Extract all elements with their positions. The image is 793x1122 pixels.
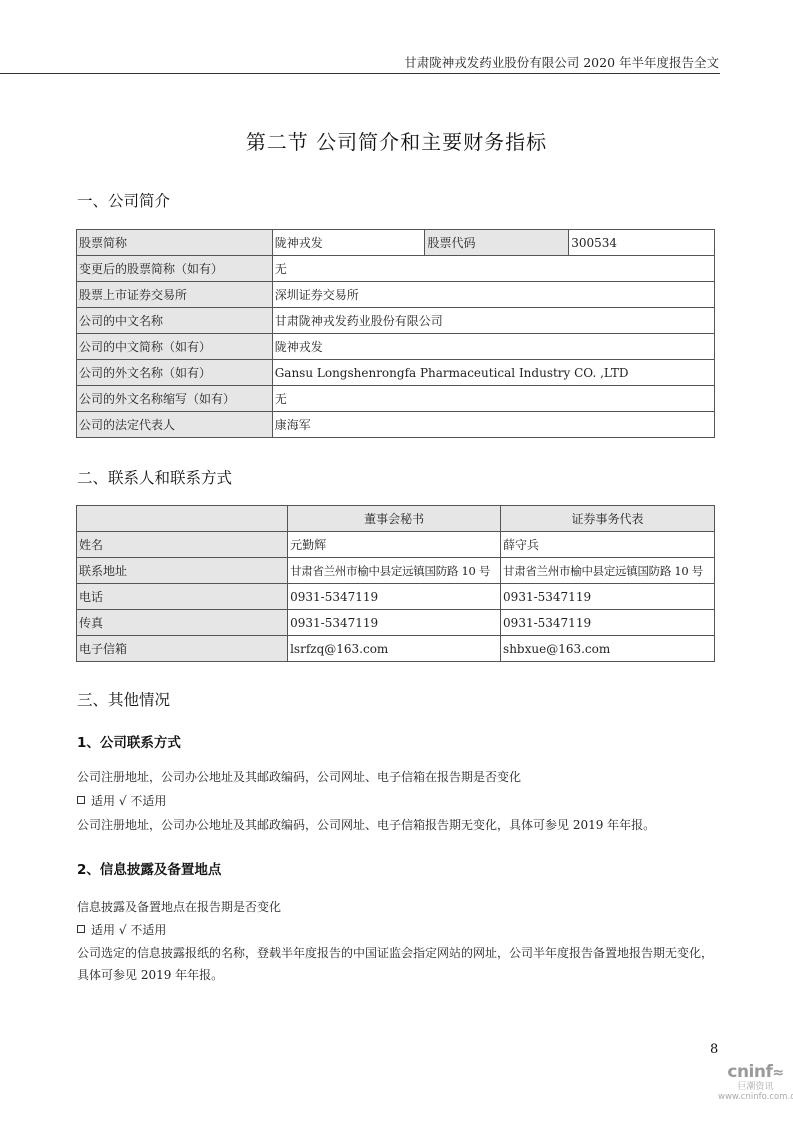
checkbox-icon xyxy=(77,925,85,933)
column-header: 证券事务代表 xyxy=(501,506,715,532)
sub1-options: 适用 √ 不适用 xyxy=(77,790,717,812)
cell-value: 甘肃陇神戎发药业股份有限公司 xyxy=(272,308,714,334)
option-not-applicable: 不适用 xyxy=(130,923,166,937)
cell-label: 联系地址 xyxy=(77,558,288,584)
sub2-options: 适用 √ 不适用 xyxy=(77,919,717,941)
cell-value: 0931-5347119 xyxy=(501,584,715,610)
table-row: 公司的外文名称缩写（如有） 无 xyxy=(77,386,715,412)
sub2-question: 信息披露及备置地点在报告期是否变化 xyxy=(77,896,717,918)
running-header: 甘肃陇神戎发药业股份有限公司 2020 年半年度报告全文 xyxy=(404,53,719,71)
cell-label: 公司的中文简称（如有） xyxy=(77,334,273,360)
cell-value: 300534 xyxy=(569,230,715,256)
option-not-applicable: 不适用 xyxy=(130,794,166,808)
sub2-heading: 2、信息披露及备置地点 xyxy=(77,858,221,878)
cell-label: 股票简称 xyxy=(77,230,273,256)
cell-value: 无 xyxy=(272,256,714,282)
cell-value: 0931-5347119 xyxy=(288,610,501,636)
option-applicable: 适用 xyxy=(91,794,115,808)
page-title: 第二节 公司简介和主要财务指标 xyxy=(0,126,793,155)
sub1-answer: 公司注册地址，公司办公地址及其邮政编码，公司网址、电子信箱报告期无变化，具体可参… xyxy=(77,814,717,836)
table-row: 联系地址 甘肃省兰州市榆中县定远镇国防路 10 号 甘肃省兰州市榆中县定远镇国防… xyxy=(77,558,715,584)
cell-label: 公司的中文名称 xyxy=(77,308,273,334)
check-mark-icon: √ xyxy=(119,794,127,808)
cell-value: 无 xyxy=(272,386,714,412)
section1-heading: 一、公司简介 xyxy=(77,189,170,211)
cell-value: lsrfzq@163.com xyxy=(288,636,501,662)
cninfo-logo: cninf≈ 巨潮资讯 www.cninfo.com.cn xyxy=(718,1062,793,1102)
cell-value: 0931-5347119 xyxy=(288,584,501,610)
logo-brand: cninf≈ xyxy=(718,1062,793,1082)
column-header: 董事会秘书 xyxy=(288,506,501,532)
check-mark-icon: √ xyxy=(119,923,127,937)
option-applicable: 适用 xyxy=(91,923,115,937)
cell-label: 公司的外文名称（如有） xyxy=(77,360,273,386)
cell-value: 元勤辉 xyxy=(288,532,501,558)
table-row: 电话 0931-5347119 0931-5347119 xyxy=(77,584,715,610)
cell-label: 电子信箱 xyxy=(77,636,288,662)
table-row: 公司的外文名称（如有） Gansu Longshenrongfa Pharmac… xyxy=(77,360,715,386)
header-rule xyxy=(0,73,720,74)
cell-label: 股票代码 xyxy=(425,230,569,256)
sub1-question: 公司注册地址，公司办公地址及其邮政编码，公司网址、电子信箱在报告期是否变化 xyxy=(77,766,717,788)
cell-value: 甘肃省兰州市榆中县定远镇国防路 10 号 xyxy=(288,558,501,584)
table-row: 公司的中文简称（如有） 陇神戎发 xyxy=(77,334,715,360)
sub2-answer: 公司选定的信息披露报纸的名称，登载半年度报告的中国证监会指定网站的网址，公司半年… xyxy=(77,942,717,986)
table-header-row: 董事会秘书 证券事务代表 xyxy=(77,506,715,532)
table-row: 股票简称 陇神戎发 股票代码 300534 xyxy=(77,230,715,256)
cell-label: 传真 xyxy=(77,610,288,636)
table-row: 股票上市证券交易所 深圳证券交易所 xyxy=(77,282,715,308)
cell-value: 陇神戎发 xyxy=(272,334,714,360)
contacts-table: 董事会秘书 证券事务代表 姓名 元勤辉 薛守兵 联系地址 甘肃省兰州市榆中县定远… xyxy=(76,505,715,662)
cell-label: 姓名 xyxy=(77,532,288,558)
cell-label: 公司的法定代表人 xyxy=(77,412,273,438)
cell-label: 电话 xyxy=(77,584,288,610)
table-row: 姓名 元勤辉 薛守兵 xyxy=(77,532,715,558)
cell-value: 甘肃省兰州市榆中县定远镇国防路 10 号 xyxy=(501,558,715,584)
cell-value: 康海军 xyxy=(272,412,714,438)
cell-label: 股票上市证券交易所 xyxy=(77,282,273,308)
cell-value: Gansu Longshenrongfa Pharmaceutical Indu… xyxy=(272,360,714,386)
logo-cn: 巨潮资讯 xyxy=(718,1082,793,1092)
cell-value: 薛守兵 xyxy=(501,532,715,558)
section2-heading: 二、联系人和联系方式 xyxy=(77,466,232,488)
table-row: 变更后的股票简称（如有） 无 xyxy=(77,256,715,282)
column-header xyxy=(77,506,288,532)
logo-url: www.cninfo.com.cn xyxy=(718,1092,793,1102)
company-profile-table: 股票简称 陇神戎发 股票代码 300534 变更后的股票简称（如有） 无 股票上… xyxy=(76,229,715,438)
table-row: 电子信箱 lsrfzq@163.com shbxue@163.com xyxy=(77,636,715,662)
logo-swirl-icon: ≈ xyxy=(772,1065,783,1081)
table-row: 公司的中文名称 甘肃陇神戎发药业股份有限公司 xyxy=(77,308,715,334)
page-number: 8 xyxy=(710,1042,718,1057)
cell-value: 陇神戎发 xyxy=(272,230,425,256)
section3-heading: 三、其他情况 xyxy=(77,688,170,710)
sub1-heading: 1、公司联系方式 xyxy=(77,731,181,751)
checkbox-icon xyxy=(77,796,85,804)
table-row: 传真 0931-5347119 0931-5347119 xyxy=(77,610,715,636)
cell-label: 公司的外文名称缩写（如有） xyxy=(77,386,273,412)
cell-label: 变更后的股票简称（如有） xyxy=(77,256,273,282)
table-row: 公司的法定代表人 康海军 xyxy=(77,412,715,438)
cell-value: 深圳证券交易所 xyxy=(272,282,714,308)
cell-value: 0931-5347119 xyxy=(501,610,715,636)
cell-value: shbxue@163.com xyxy=(501,636,715,662)
